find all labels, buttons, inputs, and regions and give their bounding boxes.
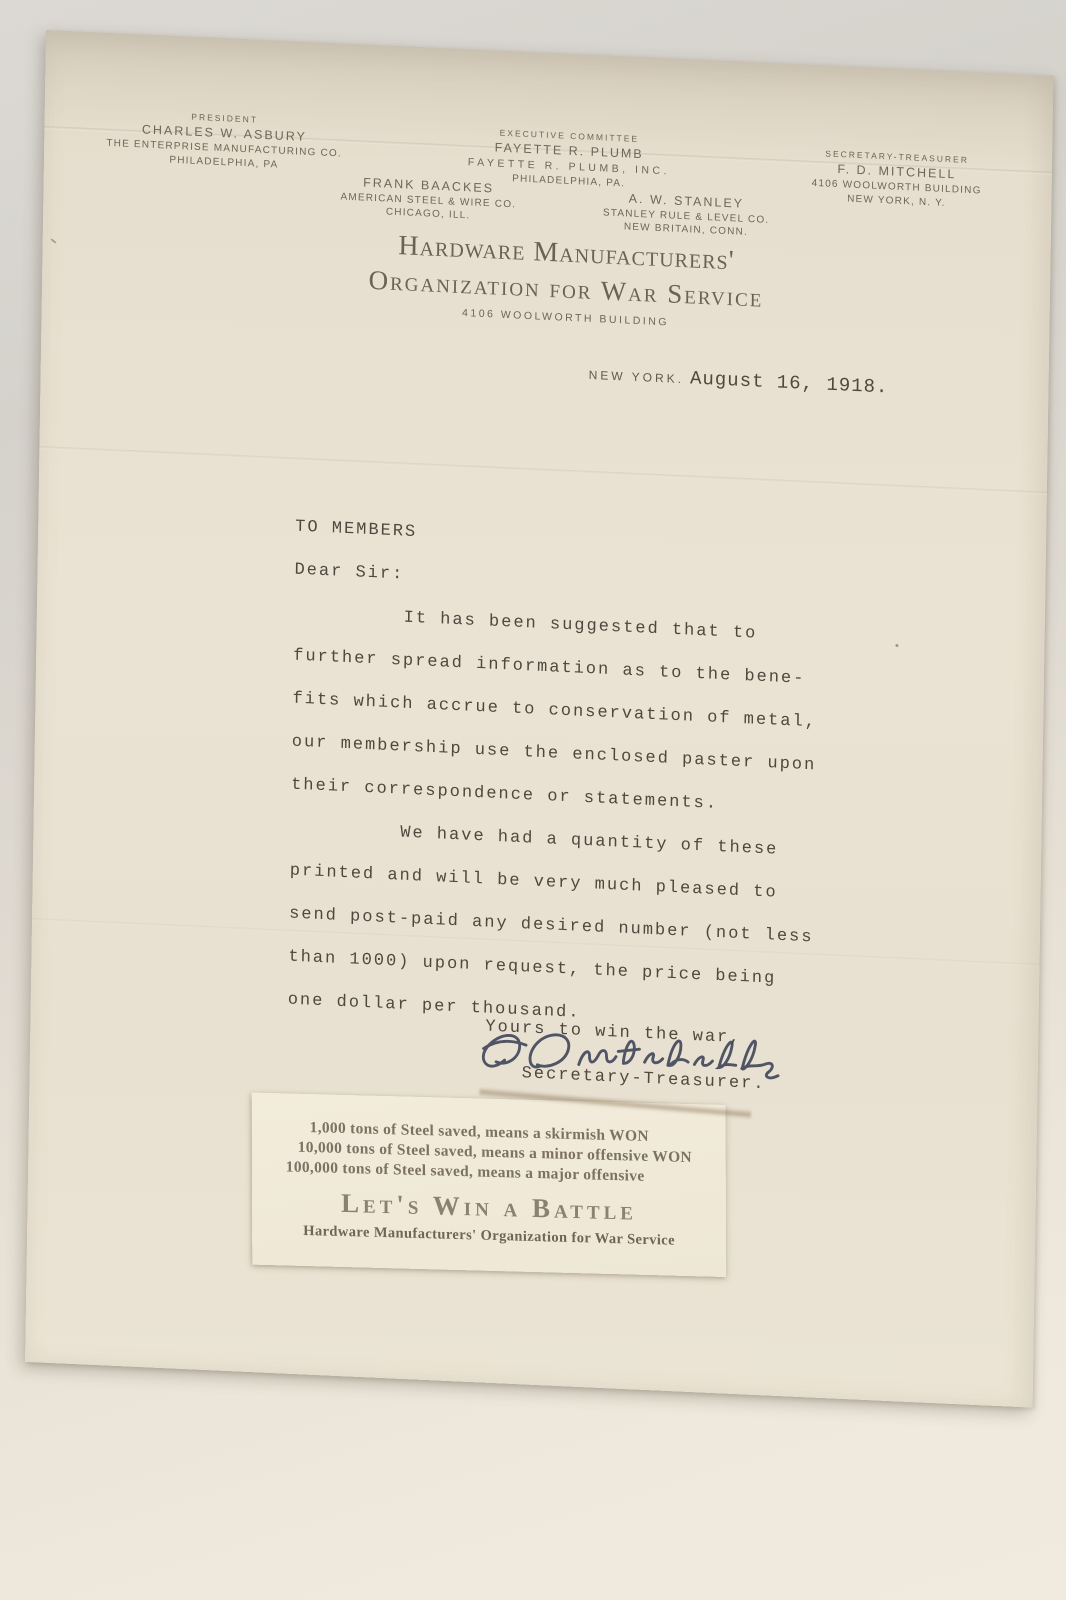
paster-slogan-lines: 1,000 tons of Steel saved, means a skirm… [286,1117,692,1188]
paper-speck [895,644,898,647]
dateline-city: NEW YORK. [589,368,685,386]
paster-sticker: 1,000 tons of Steel saved, means a skirm… [252,1093,726,1278]
organization-title: Hardware Manufacturers' Organization for… [306,226,827,336]
dateline-date: August 16, 1918. [690,367,889,398]
letterhead-president: PRESIDENT CHARLES W. ASBURY THE ENTERPRI… [93,107,356,175]
letterhead-secretary-treasurer: SECRETARY-TREASURER F. D. MITCHELL 4106 … [765,146,1028,214]
letter-page: PRESIDENT CHARLES W. ASBURY THE ENTERPRI… [25,30,1053,1408]
dateline: NEW YORK.August 16, 1918. [588,363,888,399]
signature [472,1012,793,1097]
letter-body: TO MEMBERS Dear Sir: It has been suggest… [287,506,819,1046]
photo-of-letter: { "letterhead": { "president": {"title":… [0,0,1066,1600]
body-paragraphs: It has been suggested that tofurther spr… [287,592,818,1046]
fold-crease-middle [39,446,1046,495]
